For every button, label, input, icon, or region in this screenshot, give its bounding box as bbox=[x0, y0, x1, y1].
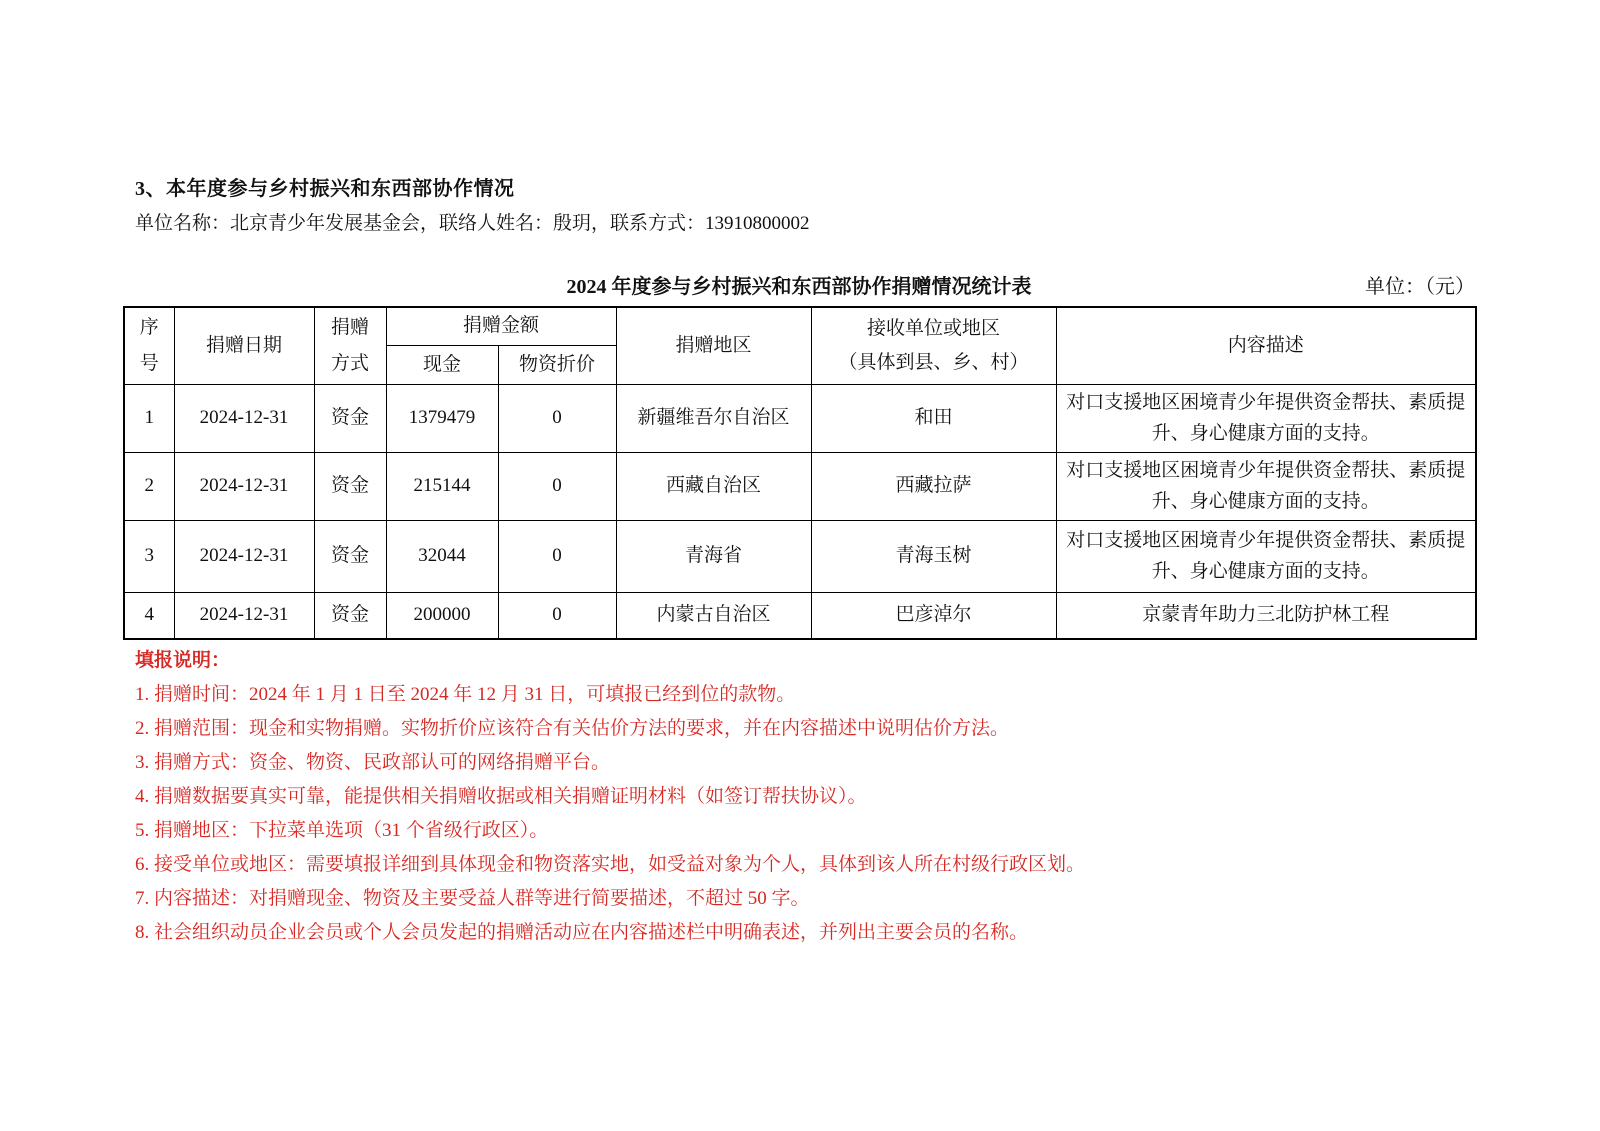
document-page: 3、本年度参与乡村振兴和东西部协作情况 单位名称：北京青少年发展基金会，联络人姓… bbox=[0, 0, 1600, 1131]
col-header-description: 内容描述 bbox=[1056, 307, 1476, 385]
col-header-cash: 现金 bbox=[386, 346, 498, 385]
cell-goods: 0 bbox=[498, 453, 616, 521]
cell-date: 2024-12-31 bbox=[174, 593, 314, 639]
cell-goods: 0 bbox=[498, 385, 616, 453]
cell-region: 新疆维吾尔自治区 bbox=[616, 385, 811, 453]
cell-receiver: 青海玉树 bbox=[811, 521, 1056, 593]
table-title: 2024 年度参与乡村振兴和东西部协作捐赠情况统计表 bbox=[123, 270, 1475, 299]
cell-receiver: 巴彦淖尔 bbox=[811, 593, 1056, 639]
cell-description: 对口支援地区困境青少年提供资金帮扶、素质提升、身心健康方面的支持。 bbox=[1056, 385, 1476, 453]
col-header-receiver-line1: 接收单位或地区 bbox=[818, 312, 1050, 346]
note-item-2: 2. 捐赠范围：现金和实物捐赠。实物折价应该符合有关估价方法的要求，并在内容描述… bbox=[135, 712, 1475, 746]
cell-goods: 0 bbox=[498, 593, 616, 639]
note-item-7: 7. 内容描述：对捐赠现金、物资及主要受益人群等进行简要描述，不超过 50 字。 bbox=[135, 882, 1475, 916]
cell-cash: 32044 bbox=[386, 521, 498, 593]
cell-date: 2024-12-31 bbox=[174, 521, 314, 593]
cell-date: 2024-12-31 bbox=[174, 385, 314, 453]
cell-seq: 2 bbox=[124, 453, 174, 521]
cell-receiver: 和田 bbox=[811, 385, 1056, 453]
cell-date: 2024-12-31 bbox=[174, 453, 314, 521]
cell-goods: 0 bbox=[498, 521, 616, 593]
table-row: 4 2024-12-31 资金 200000 0 内蒙古自治区 巴彦淖尔 京蒙青… bbox=[124, 593, 1476, 639]
col-header-goods: 物资折价 bbox=[498, 346, 616, 385]
cell-seq: 4 bbox=[124, 593, 174, 639]
note-item-5: 5. 捐赠地区：下拉菜单选项（31 个省级行政区）。 bbox=[135, 814, 1475, 848]
cell-region: 内蒙古自治区 bbox=[616, 593, 811, 639]
col-header-region: 捐赠地区 bbox=[616, 307, 811, 385]
unit-label: 单位：（元） bbox=[1365, 270, 1475, 299]
note-item-1: 1. 捐赠时间：2024 年 1 月 1 日至 2024 年 12 月 31 日… bbox=[135, 678, 1475, 712]
cell-method: 资金 bbox=[314, 453, 386, 521]
cell-cash: 215144 bbox=[386, 453, 498, 521]
col-header-amount-group: 捐赠金额 bbox=[386, 307, 616, 346]
cell-description: 京蒙青年助力三北防护林工程 bbox=[1056, 593, 1476, 639]
cell-seq: 3 bbox=[124, 521, 174, 593]
cell-seq: 1 bbox=[124, 385, 174, 453]
col-header-date: 捐赠日期 bbox=[174, 307, 314, 385]
donation-table: 序号 捐赠日期 捐赠方式 捐赠金额 捐赠地区 接收单位或地区 （具体到县、乡、村… bbox=[123, 306, 1477, 640]
cell-receiver: 西藏拉萨 bbox=[811, 453, 1056, 521]
notes-title: 填报说明： bbox=[135, 644, 1475, 678]
note-item-6: 6. 接受单位或地区：需要填报详细到具体现金和物资落实地，如受益对象为个人，具体… bbox=[135, 848, 1475, 882]
note-item-4: 4. 捐赠数据要真实可靠，能提供相关捐赠收据或相关捐赠证明材料（如签订帮扶协议）… bbox=[135, 780, 1475, 814]
cell-region: 青海省 bbox=[616, 521, 811, 593]
section-title: 3、本年度参与乡村振兴和东西部协作情况 bbox=[135, 172, 515, 201]
org-info-line: 单位名称：北京青少年发展基金会，联络人姓名：殷玥，联系方式：1391080000… bbox=[135, 208, 810, 235]
cell-description: 对口支援地区困境青少年提供资金帮扶、素质提升、身心健康方面的支持。 bbox=[1056, 521, 1476, 593]
col-header-seq: 序号 bbox=[124, 307, 174, 385]
cell-description: 对口支援地区困境青少年提供资金帮扶、素质提升、身心健康方面的支持。 bbox=[1056, 453, 1476, 521]
col-header-method: 捐赠方式 bbox=[314, 307, 386, 385]
table-row: 2 2024-12-31 资金 215144 0 西藏自治区 西藏拉萨 对口支援… bbox=[124, 453, 1476, 521]
cell-method: 资金 bbox=[314, 385, 386, 453]
col-header-receiver-line2: （具体到县、乡、村） bbox=[818, 346, 1050, 380]
table-row: 1 2024-12-31 资金 1379479 0 新疆维吾尔自治区 和田 对口… bbox=[124, 385, 1476, 453]
table-row: 3 2024-12-31 资金 32044 0 青海省 青海玉树 对口支援地区困… bbox=[124, 521, 1476, 593]
col-header-receiver: 接收单位或地区 （具体到县、乡、村） bbox=[811, 307, 1056, 385]
note-item-8: 8. 社会组织动员企业会员或个人会员发起的捐赠活动应在内容描述栏中明确表述，并列… bbox=[135, 916, 1475, 950]
cell-cash: 200000 bbox=[386, 593, 498, 639]
cell-cash: 1379479 bbox=[386, 385, 498, 453]
cell-region: 西藏自治区 bbox=[616, 453, 811, 521]
cell-method: 资金 bbox=[314, 593, 386, 639]
filling-notes: 填报说明： 1. 捐赠时间：2024 年 1 月 1 日至 2024 年 12 … bbox=[135, 644, 1475, 950]
note-item-3: 3. 捐赠方式：资金、物资、民政部认可的网络捐赠平台。 bbox=[135, 746, 1475, 780]
cell-method: 资金 bbox=[314, 521, 386, 593]
